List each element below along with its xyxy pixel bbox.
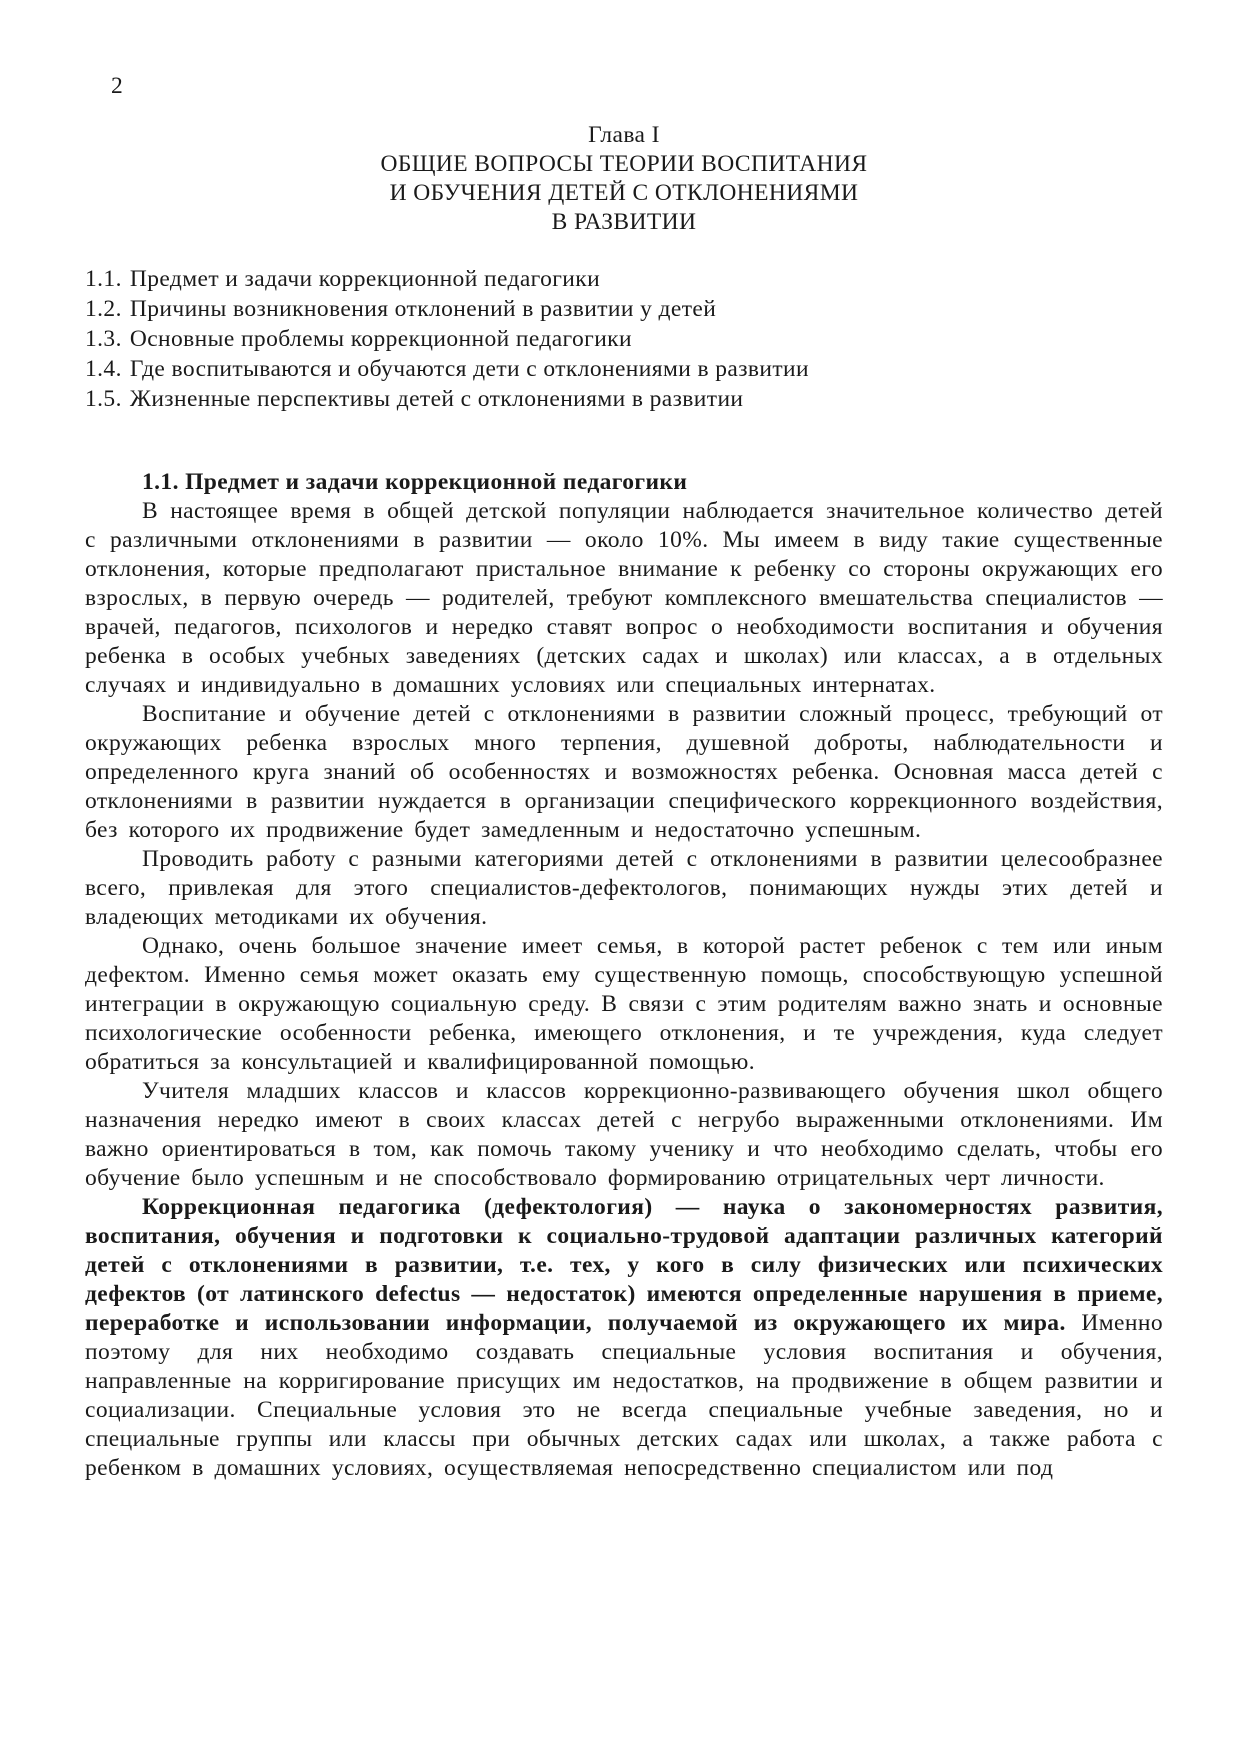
chapter-label: Глава I [85, 121, 1163, 150]
toc-item-label: Где воспитываются и обучаются дети с отк… [130, 356, 809, 382]
section-heading: 1.1. Предмет и задачи коррекционной педа… [85, 468, 1163, 497]
bold-text-run: Коррекционная педагогика (дефектология) … [85, 1194, 1163, 1336]
body-text: В настоящее время в общей детской популя… [85, 497, 1163, 1483]
paragraph: Коррекционная педагогика (дефектология) … [85, 1193, 1163, 1483]
text-run: Однако, очень большое значение имеет сем… [85, 933, 1163, 1075]
text-run: Проводить работу с разными категориями д… [85, 846, 1163, 930]
page-number: 2 [111, 72, 1163, 101]
toc-item: 1.1.Предмет и задачи коррекционной педаг… [85, 264, 1163, 294]
document-page: 2 Глава I ОБЩИЕ ВОПРОСЫ ТЕОРИИ ВОСПИТАНИ… [0, 0, 1241, 1753]
toc-item: 1.2.Причины возникновения отклонений в р… [85, 294, 1163, 324]
paragraph: В настоящее время в общей детской популя… [85, 497, 1163, 700]
toc-item-label: Жизненные перспективы детей с отклонения… [130, 386, 744, 412]
paragraph: Однако, очень большое значение имеет сем… [85, 932, 1163, 1077]
toc-item-label: Причины возникновения отклонений в разви… [130, 296, 716, 322]
toc-item: 1.4.Где воспитываются и обучаются дети с… [85, 354, 1163, 384]
toc-item-number: 1.3. [85, 324, 122, 354]
chapter-title-line-2: И ОБУЧЕНИЯ ДЕТЕЙ С ОТКЛОНЕНИЯМИ [85, 179, 1163, 208]
toc-item-number: 1.4. [85, 354, 122, 384]
chapter-title-line-3: В РАЗВИТИИ [85, 208, 1163, 237]
chapter-title-line-1: ОБЩИЕ ВОПРОСЫ ТЕОРИИ ВОСПИТАНИЯ [85, 150, 1163, 179]
toc-item: 1.5.Жизненные перспективы детей с отклон… [85, 384, 1163, 414]
toc-item-number: 1.2. [85, 294, 122, 324]
toc-list: 1.1.Предмет и задачи коррекционной педаг… [85, 264, 1163, 414]
text-run: Воспитание и обучение детей с отклонения… [85, 701, 1163, 843]
toc-item-label: Основные проблемы коррекционной педагоги… [130, 326, 632, 352]
toc-item-label: Предмет и задачи коррекционной педагогик… [130, 266, 600, 292]
text-run: Учителя младших классов и классов коррек… [85, 1078, 1163, 1191]
paragraph: Учителя младших классов и классов коррек… [85, 1077, 1163, 1193]
paragraph: Воспитание и обучение детей с отклонения… [85, 700, 1163, 845]
text-run: В настоящее время в общей детской популя… [85, 498, 1163, 698]
toc-item: 1.3.Основные проблемы коррекционной педа… [85, 324, 1163, 354]
toc-item-number: 1.5. [85, 384, 122, 414]
paragraph: Проводить работу с разными категориями д… [85, 845, 1163, 932]
chapter-heading: Глава I ОБЩИЕ ВОПРОСЫ ТЕОРИИ ВОСПИТАНИЯ … [85, 121, 1163, 237]
toc-item-number: 1.1. [85, 264, 122, 294]
